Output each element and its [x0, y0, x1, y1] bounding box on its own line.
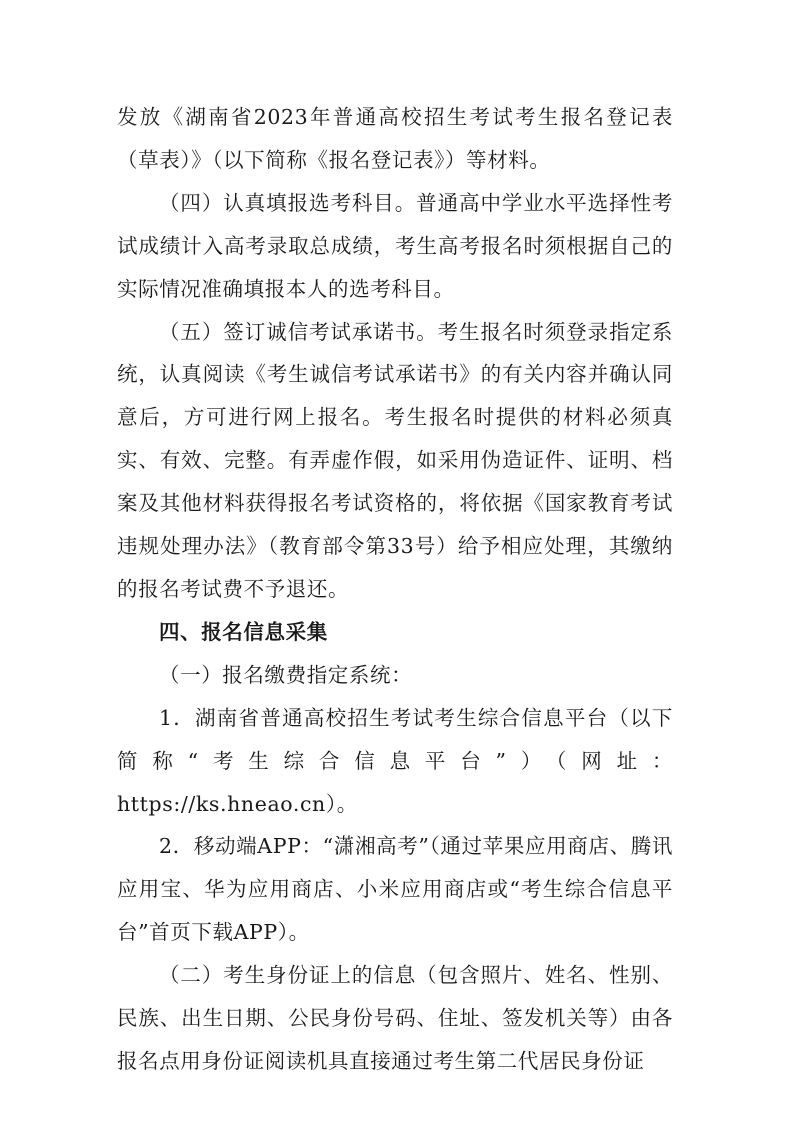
paragraph-mobile-app: 2．移动端APP：“潇湘高考”（通过苹果应用商店、腾讯应用宝、华为应用商店、小米…: [117, 825, 673, 954]
paragraph-continuation: 发放《湖南省2023年普通高校招生考试考生报名登记表（草表）》（以下简称《报名登…: [117, 96, 673, 182]
document-page: 发放《湖南省2023年普通高校招生考试考生报名登记表（草表）》（以下简称《报名登…: [0, 0, 793, 1122]
document-body: 发放《湖南省2023年普通高校招生考试考生报名登记表（草表）》（以下简称《报名登…: [117, 96, 673, 1083]
paragraph-integrity-pledge: （五）签订诚信考试承诺书。考生报名时须登录指定系统，认真阅读《考生诚信考试承诺书…: [117, 311, 673, 611]
paragraph-text: 发放《湖南省2023年普通高校招生考试考生报名登记表（草表）》（以下简称《报名登…: [117, 105, 673, 172]
paragraph-text: 考生报名时须登录指定系统，认真阅读《考生诚信考试承诺书》的有关内容并确认同意后，…: [117, 320, 673, 601]
paragraph-designated-systems: （一）报名缴费指定系统：: [117, 654, 673, 697]
paragraph-id-card-info: （二）考生身份证上的信息（包含照片、姓名、性别、民族、出生日期、公民身份号码、住…: [117, 954, 673, 1083]
paragraph-select-subjects: （四）认真填报选考科目。普通高中学业水平选择性考试成绩计入高考录取总成绩，考生高…: [117, 182, 673, 311]
paragraph-platform-url: 1．湖南省普通高校招生考试考生综合信息平台（以下简称“考生综合信息平台”）（网址…: [117, 697, 673, 826]
section-heading-info-collection: 四、报名信息采集: [117, 611, 673, 654]
paragraph-lead: （四）认真填报选考科目。: [159, 191, 416, 215]
paragraph-lead: （五）签订诚信考试承诺书。: [159, 320, 438, 344]
